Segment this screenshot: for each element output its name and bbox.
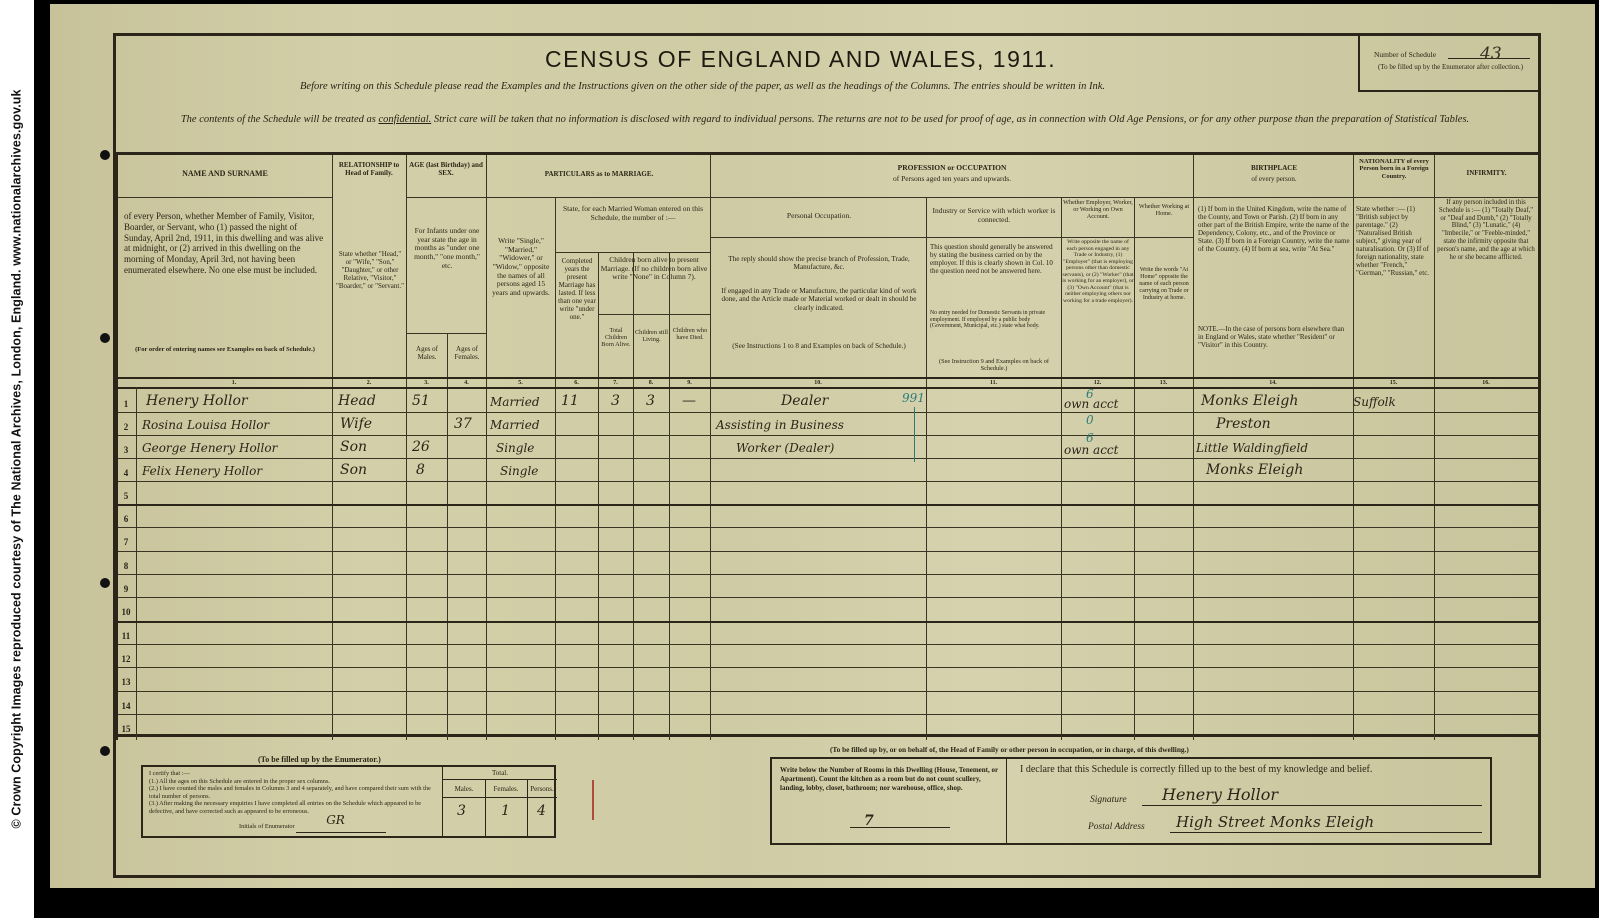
header-children-total: Total Children Born Alive. [599,327,633,349]
signature-value[interactable]: Henery Hollor [1162,785,1278,804]
entry-name[interactable]: Felix Henery Hollor [142,464,262,478]
header-children-living: Children still Living. [634,329,669,343]
row-number: 2 [116,422,136,432]
header-birthplace-sub: of every person. [1195,175,1353,183]
row-number: 10 [116,607,136,617]
red-pencil-mark [592,780,594,820]
total-persons[interactable]: 4 [537,803,546,819]
certify-item: (3.) After making the necessary enquirie… [149,800,439,815]
header-marriage-desc: Write "Single," "Married," "Widower," or… [488,237,554,297]
header-birthplace-note: NOTE.—In the case of persons born elsewh… [1198,325,1350,349]
header-employer: Whether Employer, Worker, or Working on … [1062,199,1134,220]
header-name: NAME AND SURNAME [118,169,332,178]
enumerator-certification: I certify that :— (1.) All the ages on t… [141,765,556,838]
entry-occupation[interactable]: Assisting in Business [716,418,844,432]
entry-birthplace[interactable]: Little Waldingfield [1196,441,1308,455]
head-of-family-section-title: (To be filled up by, or on behalf of, th… [830,745,1189,754]
header-industry-note2: (See Instruction 9 and Examples on back … [930,358,1058,372]
row-number: 9 [116,584,136,594]
row-number: 15 [116,724,136,734]
header-infirmity-desc: If any person included in this Schedule … [1436,199,1536,262]
column-number: 12. [1061,380,1134,386]
column-number: 3. [406,380,447,386]
copyright-credit: © Crown Copyright Images reproduced cour… [0,0,34,918]
certify-item: (1.) All the ages on this Schedule are e… [149,778,439,786]
schedule-number-note: (To be filled up by the Enumerator after… [1368,63,1533,71]
punch-hole [100,578,110,588]
employer-code: 6 [1086,431,1094,445]
entry-birthplace[interactable]: Monks Eleigh [1206,462,1303,478]
column-number: 11. [926,380,1061,386]
entry-children-living[interactable]: 3 [646,393,655,409]
males-label: Males. [443,785,485,793]
header-age-males: Ages of Males. [408,345,446,361]
punch-hole [100,333,110,343]
header-personal-occ-desc2: If engaged in any Trade or Manufacture, … [716,287,922,312]
column-number: 9. [669,380,710,386]
header-at-home: Whether Working at Home. [1135,203,1193,217]
postal-address-value[interactable]: High Street Monks Eleigh [1176,813,1374,831]
total-females[interactable]: 1 [501,803,510,819]
header-personal-occupation: Personal Occupation. [712,212,926,221]
row-number: 14 [116,701,136,711]
row-number: 7 [116,537,136,547]
punch-hole [100,150,110,160]
header-industry: Industry or Service with which worker is… [928,207,1060,224]
entry-relationship[interactable]: Son [340,462,367,478]
header-name-note: (For order of entering names see Example… [122,346,328,353]
certify-item: (2.) I have counted the males and female… [149,785,439,800]
initials-label: Initials of Enumerator [239,823,295,830]
header-employer-desc: Write opposite the name of each person e… [1062,239,1134,304]
entry-age-female[interactable]: 37 [454,416,472,432]
certify-label: I certify that :— [149,770,439,778]
entry-children-total[interactable]: 3 [611,393,620,409]
row-number: 4 [116,468,136,478]
entry-marriage[interactable]: Married [490,395,540,409]
header-married-woman: State, for each Married Woman entered on… [557,205,709,222]
schedule-number-box: Number of Schedule 43 (To be filled up b… [1358,36,1538,92]
entry-name[interactable]: Rosina Louisa Hollor [142,418,269,432]
declaration-box: Write below the Number of Rooms in this … [770,757,1492,845]
entry-age-male[interactable]: 26 [412,439,430,455]
enumerator-section-title: (To be filled up by the Enumerator.) [258,755,381,764]
females-label: Females. [485,785,527,793]
header-at-home-desc: Write the words "At Home" opposite the n… [1135,267,1193,301]
persons-label: Persons. [527,785,557,793]
header-personal-occ-desc1: The reply should show the precise branch… [716,255,922,272]
row-number: 8 [116,561,136,571]
entry-occupation[interactable]: Dealer [781,393,828,409]
column-number: 8. [633,380,669,386]
entry-name[interactable]: George Henery Hollor [142,441,277,455]
entry-marriage[interactable]: Married [490,418,540,432]
row-number: 13 [116,677,136,687]
column-number: 14. [1193,380,1353,386]
totals-table: Total. Males. Females. Persons. 3 1 4 [442,767,556,836]
schedule-number-label: Number of Schedule [1374,50,1436,59]
row-number: 5 [116,491,136,501]
header-personal-occ-note: (See Instructions 1 to 8 and Examples on… [716,342,922,350]
header-occupation: PROFESSION or OCCUPATION [712,164,1192,173]
header-industry-note1: No entry needed for Domestic Servants in… [930,310,1058,330]
page-title: CENSUS OF ENGLAND AND WALES, 1911. [545,46,1056,73]
rooms-instructions: Write below the Number of Rooms in this … [772,759,1007,843]
entry-employer[interactable]: own acct [1064,443,1118,457]
entry-relationship[interactable]: Head [338,393,376,409]
total-label: Total. [443,769,557,777]
entry-name[interactable]: Henery Hollor [146,393,248,409]
row-number: 3 [116,445,136,455]
rooms-value[interactable]: 7 [864,813,874,831]
column-number: 10. [710,380,926,386]
intro-line-1: Before writing on this Schedule please r… [300,81,1105,92]
column-number: 6. [555,380,598,386]
punch-hole [100,746,110,756]
header-occupation-sub: of Persons aged ten years and upwards. [712,175,1192,184]
column-number: 16. [1434,380,1538,386]
header-marriage: PARTICULARS as to MARRIAGE. [488,170,710,178]
entry-nationality[interactable]: Suffolk [1353,395,1396,409]
header-children-born: Children born alive to present Marriage.… [600,256,708,282]
entry-age-male[interactable]: 51 [412,393,430,409]
census-table: NAME AND SURNAME of every Person, whethe… [116,152,1538,737]
row-number: 1 [116,399,136,409]
header-age: AGE (last Birthday) and SEX. [408,161,484,177]
employer-code: 6 [1086,387,1094,401]
entry-marriage[interactable]: Single [500,464,538,478]
annotation-bracket [914,407,915,462]
header-birthplace-desc: (1) If born in the United Kingdom, write… [1198,205,1350,253]
header-name-desc: of every Person, whether Member of Famil… [124,211,324,276]
entry-relationship[interactable]: Wife [340,416,372,432]
declaration-text: I declare that this Schedule is correctl… [1020,764,1372,775]
entry-age-male[interactable]: 8 [416,462,425,478]
header-nationality-desc: State whether :— (1) "British subject by… [1356,205,1432,277]
column-number: 5. [486,380,555,386]
occupation-code: 991 [902,391,925,405]
header-age-desc: For Infants under one year state the age… [409,227,485,270]
header-nationality: NATIONALITY of every Person born in a Fo… [1354,158,1434,180]
initials-value[interactable]: GR [326,813,345,827]
employer-code: 0 [1086,413,1094,427]
header-years-married: Completed years the present Marriage has… [557,257,597,321]
postal-address-label: Postal Address [1088,822,1145,832]
header-age-females: Ages of Females. [448,345,486,361]
column-number: 13. [1134,380,1193,386]
header-infirmity: INFIRMITY. [1435,169,1538,177]
entry-marriage[interactable]: Single [496,441,534,455]
header-relationship-desc: State whether "Head," or "Wife," "Son," … [336,250,404,290]
header-industry-desc: This question should generally be answer… [930,243,1058,275]
header-relationship: RELATIONSHIP to Head of Family. [334,161,404,177]
column-number: 15. [1353,380,1434,386]
column-number: 7. [598,380,633,386]
column-number: 1. [136,380,332,386]
entry-birthplace[interactable]: Preston [1216,416,1271,432]
header-children-died: Children who have Died. [670,327,710,341]
total-males[interactable]: 3 [457,803,466,819]
entry-birthplace[interactable]: Monks Eleigh [1201,393,1298,409]
entry-children-died[interactable]: — [682,393,696,409]
column-number: 2. [332,380,406,386]
column-number: 4. [447,380,486,386]
row-number: 12 [116,654,136,664]
row-number: 11 [116,631,136,641]
schedule-number-value[interactable]: 43 [1480,44,1502,64]
header-birthplace: BIRTHPLACE [1195,164,1353,172]
intro-line-2: The contents of the Schedule will be tre… [130,112,1520,128]
entry-relationship[interactable]: Son [340,439,367,455]
signature-label: Signature [1090,795,1127,805]
row-number: 6 [116,514,136,524]
entry-years-married[interactable]: 11 [561,393,579,409]
entry-occupation[interactable]: Worker (Dealer) [736,441,834,455]
